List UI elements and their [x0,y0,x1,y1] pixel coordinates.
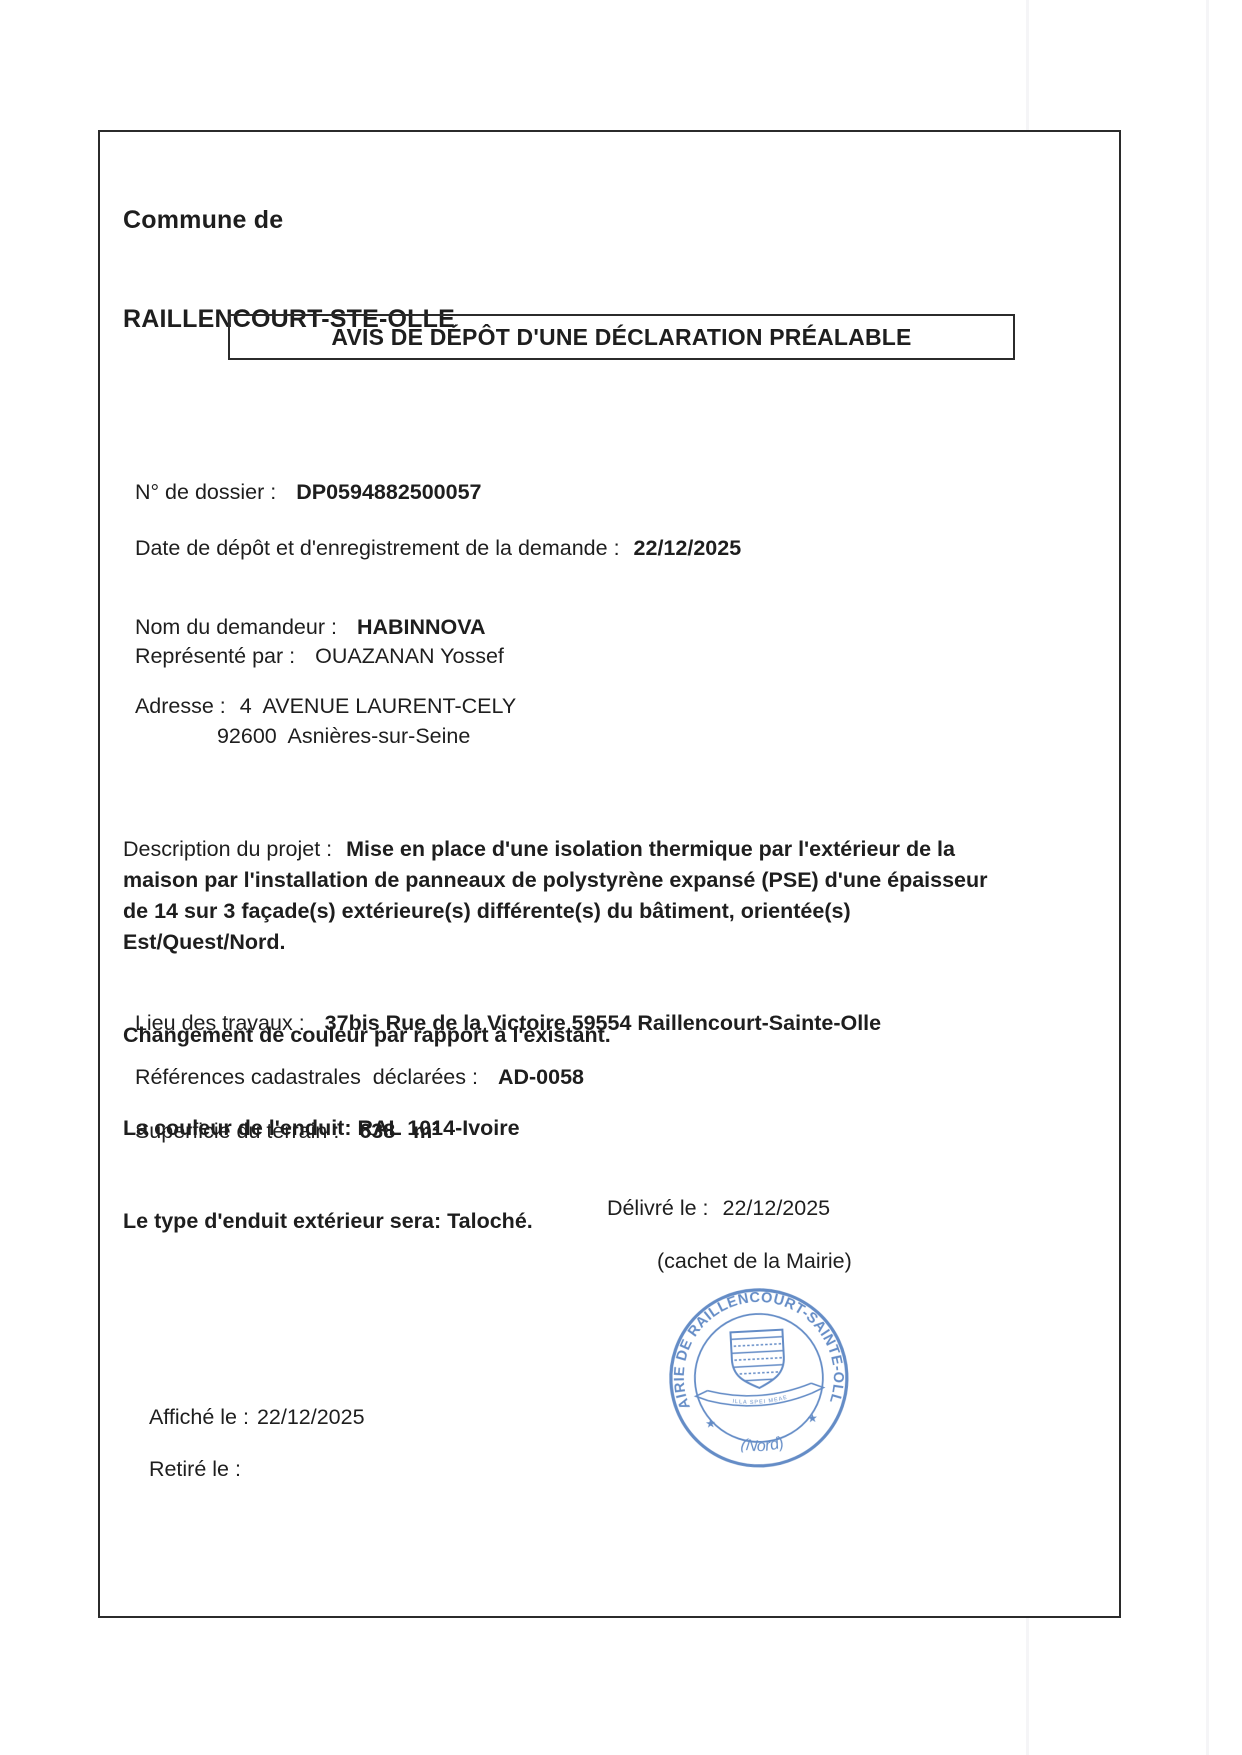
dossier-number-field: N° de dossier :DP0594882500057 [123,453,482,505]
cadastral-ref-value: AD-0058 [498,1065,584,1089]
address-line2: 92600 Asnières-sur-Seine [205,697,470,749]
project-description-paragraph: Description du projet :Mise en place d'u… [123,834,1011,958]
land-area-value: 638 m² [359,1119,439,1143]
stamp-department-text: (Nord) [738,1434,786,1457]
dossier-number-value: DP0594882500057 [296,480,481,504]
stamp-motto-text: ILLA SPEI MEAE [732,1395,789,1407]
scan-artifact-line [1206,0,1209,1755]
works-location-field: Lieu des travaux :37bis Rue de la Victoi… [123,984,881,1036]
project-description-line: Le type d'enduit extérieur sera: Taloché… [123,1206,1011,1237]
deposit-date-value: 22/12/2025 [634,536,742,560]
cadastral-ref-field: Références cadastrales déclarées :AD-005… [123,1038,584,1090]
issued-date-field: Délivré le :22/12/2025 [595,1169,830,1221]
representative-value: OUAZANAN Yossef [315,644,504,668]
land-area-label: Superficie du terrain : [135,1119,339,1143]
representative-field: Représenté par :OUAZANAN Yossef [123,617,504,669]
representative-label: Représenté par : [135,644,295,668]
svg-text:(Nord): (Nord) [738,1434,786,1457]
svg-text:MAIRIE DE RAILLENCOURT-SAINTE-: MAIRIE DE RAILLENCOURT-SAINTE-OLLE [658,1277,848,1415]
commune-header-line1: Commune de [123,204,455,237]
removed-date-field: Retiré le : [137,1430,241,1482]
mairie-stamp-icon: MAIRIE DE RAILLENCOURT-SAINTE-OLLE (Nord… [658,1277,860,1479]
stamp-star-right: ★ [807,1411,818,1426]
deposit-date-label: Date de dépôt et d'enregistrement de la … [135,536,620,560]
posted-date-field: Affiché le :22/12/2025 [137,1378,365,1430]
svg-text:ILLA SPEI MEAE: ILLA SPEI MEAE [732,1395,789,1407]
works-location-value: 37bis Rue de la Victoire 59554 Raillenco… [325,1011,881,1035]
mairie-stamp: MAIRIE DE RAILLENCOURT-SAINTE-OLLE (Nord… [656,1241,858,1443]
posted-date-value: 22/12/2025 [257,1405,365,1429]
land-area-field: Superficie du terrain :638 m² [123,1092,439,1144]
posted-date-label: Affiché le : [149,1405,249,1429]
issued-date-label: Délivré le : [607,1196,709,1220]
cadastral-ref-label: Références cadastrales déclarées : [135,1065,478,1089]
deposit-date-field: Date de dépôt et d'enregistrement de la … [123,509,741,561]
issued-date-value: 22/12/2025 [723,1196,831,1220]
dossier-number-label: N° de dossier : [135,480,276,504]
stamp-ring-text: MAIRIE DE RAILLENCOURT-SAINTE-OLLE [658,1277,848,1415]
document-title: AVIS DE DÉPÔT D'UNE DÉCLARATION PRÉALABL… [331,324,911,351]
document-title-box: AVIS DE DÉPÔT D'UNE DÉCLARATION PRÉALABL… [228,314,1015,360]
removed-date-label: Retiré le : [149,1457,241,1481]
project-description-label: Description du projet : [123,837,332,861]
works-location-label: Lieu des travaux : [135,1011,305,1035]
stamp-star-left: ★ [705,1416,716,1431]
